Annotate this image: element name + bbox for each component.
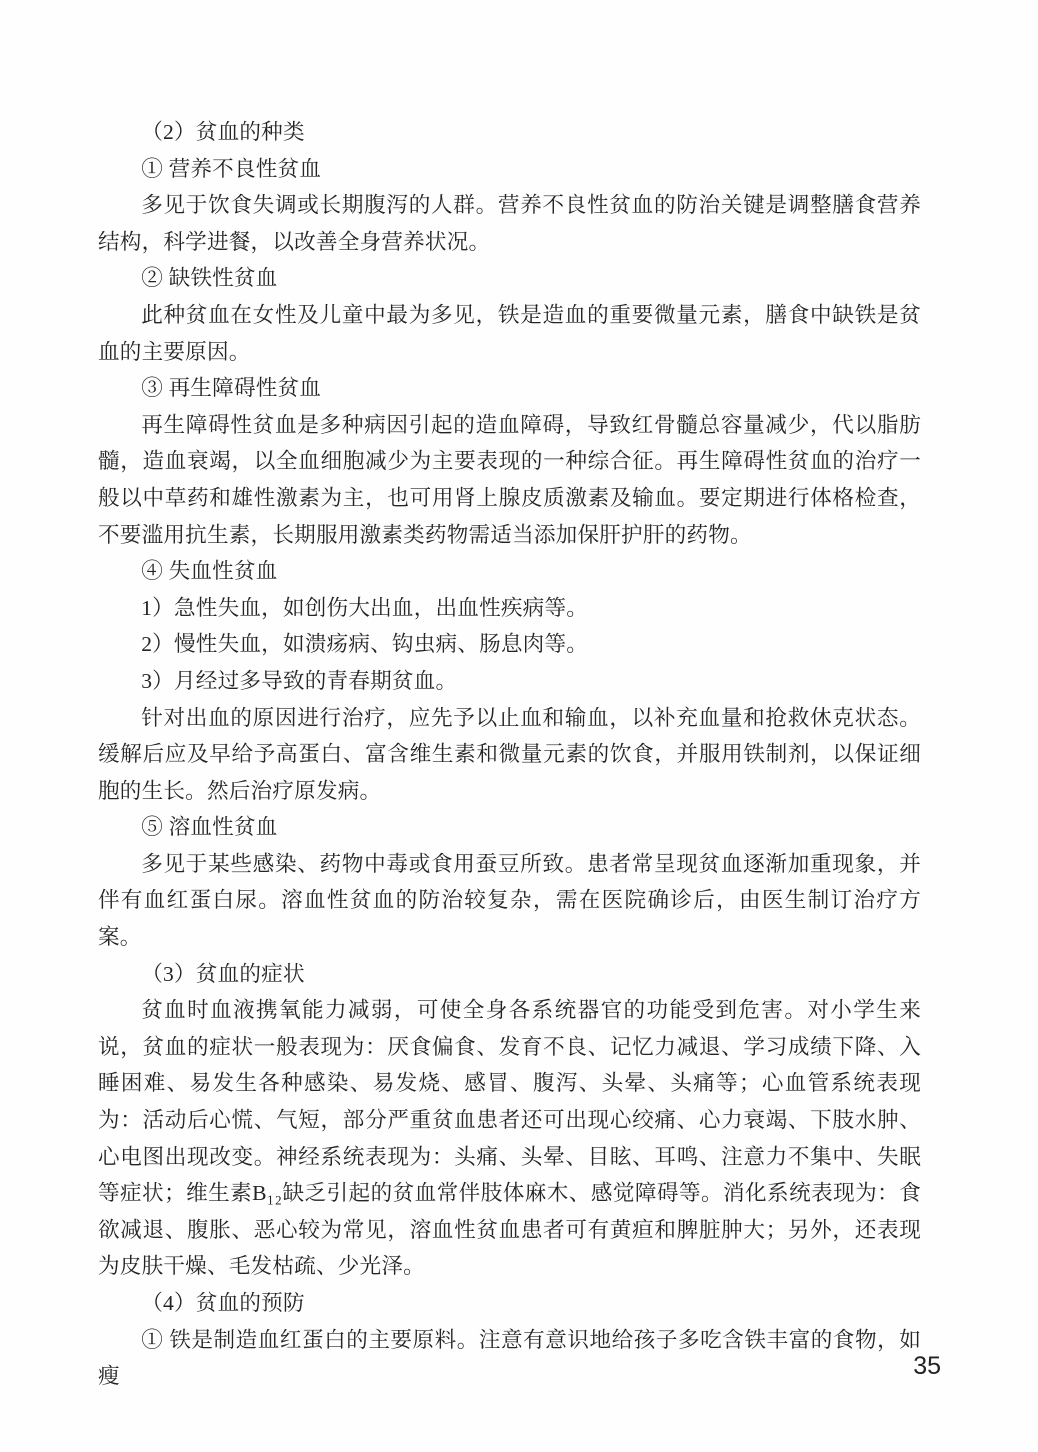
page-number: 35 xyxy=(913,1352,941,1381)
heading-anemia-types: （2）贫血的种类 xyxy=(98,114,921,151)
list-item-acute-blood-loss: 1）急性失血，如创伤大出血，出血性疾病等。 xyxy=(98,590,921,627)
para-aplastic-anemia: 再生障碍性贫血是多种病因引起的造血障碍，导致红骨髓总容量减少，代以脂肪髓，造血衰… xyxy=(98,407,921,553)
para-nutritional-anemia: 多见于饮食失调或长期腹泻的人群。营养不良性贫血的防治关键是调整膳食营养结构，科学… xyxy=(98,187,921,260)
para-anemia-symptoms: 贫血时血液携氧能力减弱，可使全身各系统器官的功能受到危害。对小学生来说，贫血的症… xyxy=(98,992,921,1285)
document-page: （2）贫血的种类 ① 营养不良性贫血 多见于饮食失调或长期腹泻的人群。营养不良性… xyxy=(0,0,1038,1452)
para-iron-deficiency-anemia: 此种贫血在女性及儿童中最为多见，铁是造血的重要微量元素，膳食中缺铁是贫血的主要原… xyxy=(98,297,921,370)
body-text: （2）贫血的种类 ① 营养不良性贫血 多见于饮食失调或长期腹泻的人群。营养不良性… xyxy=(98,114,921,1395)
heading-anemia-symptoms: （3）贫血的症状 xyxy=(98,956,921,993)
heading-anemia-prevention: （4）贫血的预防 xyxy=(98,1285,921,1322)
list-item-menstrual-anemia: 3）月经过多导致的青春期贫血。 xyxy=(98,663,921,700)
heading-aplastic-anemia: ③ 再生障碍性贫血 xyxy=(98,370,921,407)
list-item-chronic-blood-loss: 2）慢性失血，如溃疡病、钩虫病、肠息肉等。 xyxy=(98,626,921,663)
para-hemorrhagic-treatment: 针对出血的原因进行治疗，应先予以止血和输血，以补充血量和抢救休克状态。缓解后应及… xyxy=(98,700,921,810)
heading-hemolytic-anemia: ⑤ 溶血性贫血 xyxy=(98,809,921,846)
heading-nutritional-anemia: ① 营养不良性贫血 xyxy=(98,151,921,188)
para-iron-rich-food: ① 铁是制造血红蛋白的主要原料。注意有意识地给孩子多吃含铁丰富的食物，如瘦 xyxy=(98,1322,921,1395)
para-hemolytic-anemia: 多见于某些感染、药物中毒或食用蚕豆所致。患者常呈现贫血逐渐加重现象，并伴有血红蛋… xyxy=(98,846,921,956)
heading-hemorrhagic-anemia: ④ 失血性贫血 xyxy=(98,553,921,590)
heading-iron-deficiency-anemia: ② 缺铁性贫血 xyxy=(98,260,921,297)
